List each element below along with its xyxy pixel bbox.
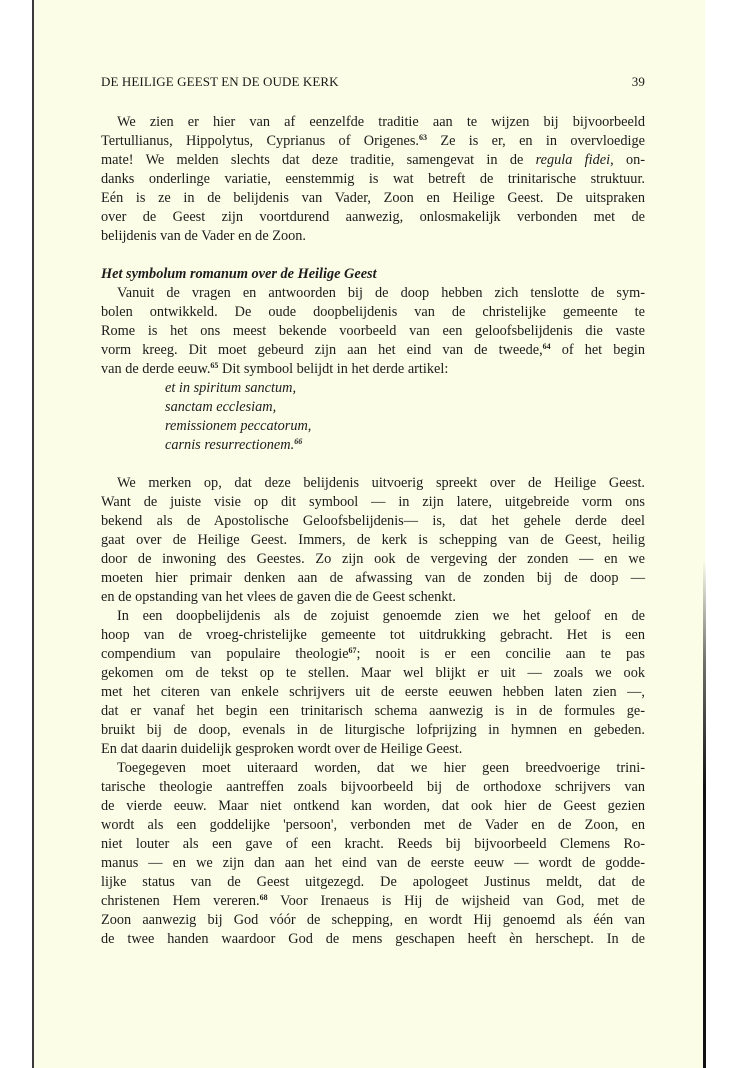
text-fragment: vorm kreeg. Dit moet gebeurd zijn aan he… bbox=[101, 342, 543, 358]
text-fragment: ; nooit is er een concilie aan te pas bbox=[357, 646, 645, 662]
text-line: We zien er hier van af eenzelfde traditi… bbox=[101, 113, 645, 132]
text-fragment: of het begin bbox=[551, 342, 645, 358]
text-line: lijke status van de Geest uitgezegd. De … bbox=[101, 873, 645, 892]
page-number: 39 bbox=[632, 74, 645, 90]
body-text: We zien er hier van af eenzelfde traditi… bbox=[101, 113, 645, 949]
paragraph-5: Toegegeven moet uiteraard worden, dat we… bbox=[101, 759, 645, 949]
text-line: over de Geest zijn voortdurend aanwezig,… bbox=[101, 208, 645, 227]
text-line: Rome is het ons meest bekende voorbeeld … bbox=[101, 322, 645, 341]
creed-quotation: et in spiritum sanctum, sanctam ecclesia… bbox=[101, 379, 645, 455]
running-head: DE HEILIGE GEEST EN DE OUDE KERK 39 bbox=[101, 74, 645, 92]
paragraph-3: We merken op, dat deze belijdenis uitvoe… bbox=[101, 474, 645, 607]
text-line: Vanuit de vragen en antwoorden bij de do… bbox=[101, 284, 645, 303]
text-line: christenen Hem vereren.68 Voor Irenaeus … bbox=[101, 892, 645, 911]
spacer bbox=[101, 246, 645, 265]
text-line: gaat over de Heilige Geest. Immers, de k… bbox=[101, 531, 645, 550]
footnote-ref[interactable]: 66 bbox=[294, 437, 302, 446]
paragraph-2: Vanuit de vragen en antwoorden bij de do… bbox=[101, 284, 645, 379]
text-fragment: , on- bbox=[610, 152, 645, 168]
text-line: compendium van populaire theologie67; no… bbox=[101, 645, 645, 664]
text-line: Eén is ze in de belijdenis van Vader, Zo… bbox=[101, 189, 645, 208]
text-fragment: van de derde eeuw. bbox=[101, 361, 210, 377]
footnote-ref[interactable]: 68 bbox=[260, 893, 268, 902]
running-head-title: DE HEILIGE GEEST EN DE OUDE KERK bbox=[101, 74, 339, 90]
text-line: niet louter als een gave of een kracht. … bbox=[101, 835, 645, 854]
text-line: bruikt bij de doop, evenals in de liturg… bbox=[101, 721, 645, 740]
text-line: Want de juiste visie op dit symbool — in… bbox=[101, 493, 645, 512]
text-line: met het citeren van enkele schrijvers ui… bbox=[101, 683, 645, 702]
text-fragment: Voor Irenaeus is Hij de wijsheid van God… bbox=[268, 893, 645, 909]
text-fragment: Ze is er, en in overvloedige bbox=[427, 133, 645, 149]
scan-edge-right bbox=[703, 560, 706, 1068]
text-line: en de opstanding van het vlees de gaven … bbox=[101, 588, 645, 607]
text-line: bolen ontwikkeld. De oude doopbelijdenis… bbox=[101, 303, 645, 322]
text-line: We merken op, dat deze belijdenis uitvoe… bbox=[101, 474, 645, 493]
text-line: de vierde eeuw. Maar niet ontkend kan wo… bbox=[101, 797, 645, 816]
section-heading: Het symbolum romanum over de Heilige Gee… bbox=[101, 265, 645, 284]
spacer bbox=[101, 455, 645, 474]
text-line: En dat daarin duidelijk gesproken wordt … bbox=[101, 740, 645, 759]
creed-line: sanctam ecclesiam, bbox=[101, 398, 645, 417]
text-line: In een doopbelijdenis als de zojuist gen… bbox=[101, 607, 645, 626]
text-line: vorm kreeg. Dit moet gebeurd zijn aan he… bbox=[101, 341, 645, 360]
text-line: Zoon aanwezig bij God vóór de schepping,… bbox=[101, 911, 645, 930]
text-line: tarische theologie aantreffen zoals bijv… bbox=[101, 778, 645, 797]
text-line: bekend als de Apostolische Geloofsbelijd… bbox=[101, 512, 645, 531]
footnote-ref[interactable]: 63 bbox=[419, 133, 427, 142]
text-fragment: compendium van populaire theologie bbox=[101, 646, 349, 662]
text-line: manus — en we zijn dan aan het eind van … bbox=[101, 854, 645, 873]
text-line: belijdenis van de Vader en de Zoon. bbox=[101, 227, 645, 246]
scan-edge-left bbox=[32, 0, 34, 1068]
text-fragment: Tertullianus, Hippolytus, Cyprianus of O… bbox=[101, 133, 419, 149]
latin-term: regula fidei bbox=[536, 152, 611, 168]
text-fragment: carnis resurrectionem. bbox=[165, 437, 294, 453]
text-fragment: mate! We melden slechts dat deze traditi… bbox=[101, 152, 536, 168]
text-fragment: Dit symbool belijdt in het derde artikel… bbox=[218, 361, 448, 377]
text-line: door de inwoning des Geestes. Zo zijn oo… bbox=[101, 550, 645, 569]
text-line: wordt als een goddelijke 'persoon', verb… bbox=[101, 816, 645, 835]
paragraph-4: In een doopbelijdenis als de zojuist gen… bbox=[101, 607, 645, 759]
text-line: hoop van de vroeg-christelijke gemeente … bbox=[101, 626, 645, 645]
text-fragment: christenen Hem vereren. bbox=[101, 893, 260, 909]
text-line: moeten hier primair denken aan de afwass… bbox=[101, 569, 645, 588]
text-line: danks onderlinge variatie, eenstemmig is… bbox=[101, 170, 645, 189]
text-line: Toegegeven moet uiteraard worden, dat we… bbox=[101, 759, 645, 778]
text-line: Tertullianus, Hippolytus, Cyprianus of O… bbox=[101, 132, 645, 151]
text-line: dat er vanaf het begin een trinitarisch … bbox=[101, 702, 645, 721]
paragraph-1: We zien er hier van af eenzelfde traditi… bbox=[101, 113, 645, 246]
footnote-ref[interactable]: 64 bbox=[543, 342, 551, 351]
text-line: mate! We melden slechts dat deze traditi… bbox=[101, 151, 645, 170]
text-line: de twee handen waardoor God de mens gesc… bbox=[101, 930, 645, 949]
text-line: gekomen om de tekst op te stellen. Maar … bbox=[101, 664, 645, 683]
creed-line: et in spiritum sanctum, bbox=[101, 379, 645, 398]
creed-line: carnis resurrectionem.66 bbox=[101, 436, 645, 455]
footnote-ref[interactable]: 67 bbox=[349, 646, 357, 655]
creed-line: remissionem peccatorum, bbox=[101, 417, 645, 436]
text-line: van de derde eeuw.65 Dit symbool belijdt… bbox=[101, 360, 645, 379]
